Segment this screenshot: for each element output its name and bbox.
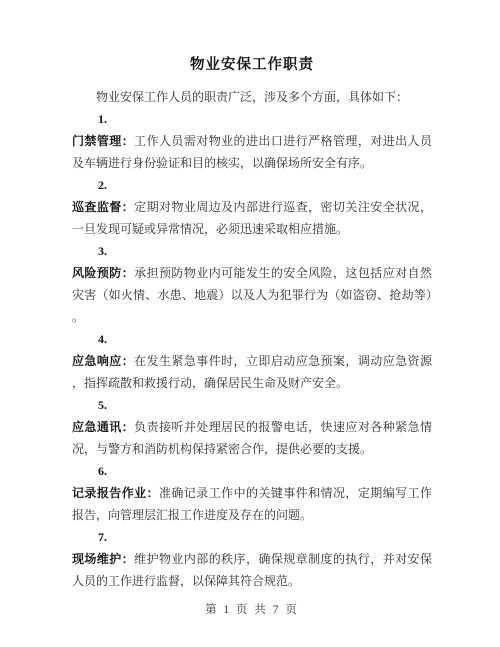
section-paragraph: 应急通讯：负责接听并处理居民的报警电话，快速应对各种紧急情况，与警方和消防机构保… [72, 416, 432, 460]
page-number-footer: 第 1 页 共 7 页 [72, 599, 432, 621]
section-paragraph: 应急响应：在发生紧急事件时，立即启动应急预案，调动应急资源，指挥疏散和救援行动，… [72, 350, 432, 394]
section-heading: 应急响应： [72, 354, 134, 368]
section-number: 7. [72, 526, 432, 548]
section-number: 4. [72, 328, 432, 350]
section-number: 2. [72, 174, 432, 196]
section-heading: 巡查监督： [72, 200, 134, 214]
section-number: 5. [72, 394, 432, 416]
section-heading: 风险预防： [72, 266, 134, 280]
section-paragraph: 风险预防：承担预防物业内可能发生的安全风险，这包括应对自然灾害（如火情、水患、地… [72, 262, 432, 328]
section-heading: 门禁管理： [72, 134, 134, 148]
intro-paragraph: 物业安保工作人员的职责广泛，涉及多个方面，具体如下： [72, 86, 432, 108]
document-page: 物业安保工作职责 物业安保工作人员的职责广泛，涉及多个方面，具体如下： 1. 门… [0, 0, 500, 647]
section-paragraph: 记录报告作业：准确记录工作中的关键事件和情况，定期编写工作报告，向管理层汇报工作… [72, 482, 432, 526]
section-heading: 现场维护： [72, 552, 134, 566]
section-heading: 记录报告作业： [72, 486, 159, 500]
section-paragraph: 巡查监督：定期对物业周边及内部进行巡查，密切关注安全状况，一旦发现可疑或异常情况… [72, 196, 432, 240]
section-number: 6. [72, 460, 432, 482]
section-paragraph: 门禁管理：工作人员需对物业的进出口进行严格管理，对进出人员及车辆进行身份验证和目… [72, 130, 432, 174]
document-title: 物业安保工作职责 [72, 54, 432, 76]
section-heading: 应急通讯： [72, 420, 134, 434]
section-paragraph: 现场维护：维护物业内部的秩序，确保规章制度的执行，并对安保人员的工作进行监督，以… [72, 548, 432, 592]
section-number: 3. [72, 240, 432, 262]
section-number: 1. [72, 108, 432, 130]
document-body: 物业安保工作职责 物业安保工作人员的职责广泛，涉及多个方面，具体如下： 1. 门… [72, 0, 432, 592]
